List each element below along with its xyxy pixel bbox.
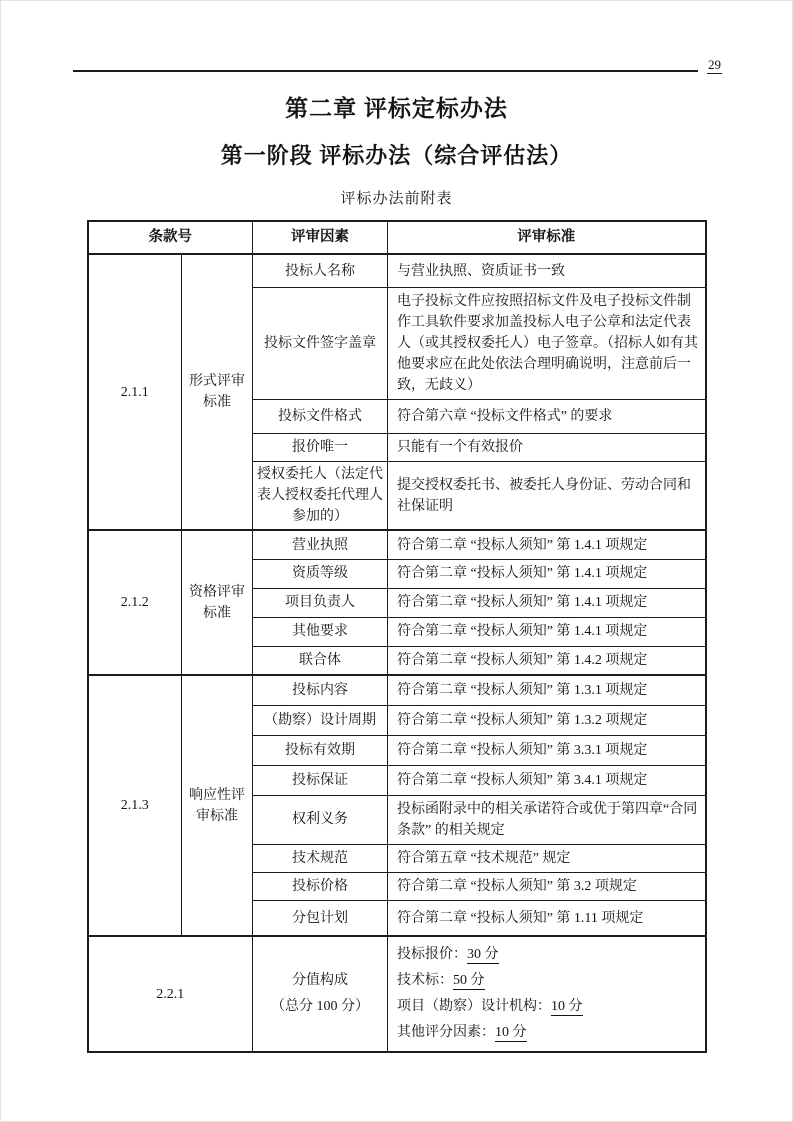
- table-caption: 评标办法前附表: [1, 187, 792, 208]
- factor-cell: 营业执照: [253, 530, 388, 559]
- category-cell: 形式评审标准: [182, 254, 253, 531]
- factor-cell: 技术规范: [253, 844, 388, 872]
- score-value: 30 分: [467, 947, 499, 964]
- factor-cell: 投标文件格式: [253, 400, 388, 434]
- factor-cell: 报价唯一: [253, 434, 388, 462]
- table-row: 2.2.1 分值构成 （总分 100 分） 投标报价：30 分 技术标：50 分…: [88, 936, 706, 1052]
- category-cell: 资格评审标准: [182, 530, 253, 675]
- header-rule: [73, 70, 698, 72]
- clause-cell: 2.2.1: [88, 936, 253, 1052]
- criteria-cell: 投标函附录中的相关承诺符合或优于第四章“合同条款” 的相关规定: [388, 795, 706, 844]
- factor-line: （总分 100 分）: [257, 994, 383, 1020]
- clause-cell: 2.1.2: [88, 530, 182, 675]
- table-row: 2.1.3 响应性评审标准 投标内容 符合第二章 “投标人须知” 第 1.3.1…: [88, 675, 706, 705]
- score-label: 其他评分因素：: [397, 1025, 495, 1040]
- criteria-cell: 只能有一个有效报价: [388, 434, 706, 462]
- factor-cell: 投标价格: [253, 872, 388, 900]
- factor-cell: （勘察）设计周期: [253, 705, 388, 735]
- table-row: 2.1.1 形式评审标准 投标人名称 与营业执照、资质证书一致: [88, 254, 706, 288]
- factor-cell: 授权委托人（法定代表人授权委托代理人参加的）: [253, 462, 388, 531]
- criteria-cell: 符合第二章 “投标人须知” 第 1.4.1 项规定: [388, 588, 706, 617]
- score-value: 50 分: [453, 973, 485, 990]
- criteria-cell: 与营业执照、资质证书一致: [388, 254, 706, 288]
- category-cell: 响应性评审标准: [182, 675, 253, 936]
- criteria-cell: 符合第二章 “投标人须知” 第 1.11 项规定: [388, 900, 706, 936]
- criteria-cell: 投标报价：30 分 技术标：50 分 项目（勘察）设计机构：10 分 其他评分因…: [388, 936, 706, 1052]
- criteria-cell: 符合第二章 “投标人须知” 第 1.4.1 项规定: [388, 617, 706, 646]
- score-line: 项目（勘察）设计机构：10 分: [397, 994, 699, 1020]
- col-header-clause: 条款号: [88, 221, 253, 254]
- page-header: 29: [73, 58, 722, 74]
- col-header-criteria: 评审标准: [388, 221, 706, 254]
- factor-cell: 分包计划: [253, 900, 388, 936]
- criteria-cell: 符合第二章 “投标人须知” 第 3.2 项规定: [388, 872, 706, 900]
- factor-cell: 资质等级: [253, 559, 388, 588]
- factor-cell: 权利义务: [253, 795, 388, 844]
- factor-cell: 投标人名称: [253, 254, 388, 288]
- score-line: 投标报价：30 分: [397, 942, 699, 968]
- chapter-title: 第二章 评标定标办法: [1, 90, 792, 123]
- clause-cell: 2.1.3: [88, 675, 182, 936]
- score-label: 投标报价：: [397, 947, 467, 962]
- criteria-cell: 符合第二章 “投标人须知” 第 1.4.1 项规定: [388, 559, 706, 588]
- criteria-cell: 符合第二章 “投标人须知” 第 1.3.2 项规定: [388, 705, 706, 735]
- criteria-cell: 符合第二章 “投标人须知” 第 1.3.1 项规定: [388, 675, 706, 705]
- score-value: 10 分: [551, 999, 583, 1016]
- page-number: 29: [707, 58, 722, 74]
- criteria-cell: 符合第二章 “投标人须知” 第 1.4.1 项规定: [388, 530, 706, 559]
- table-header-row: 条款号 评审因素 评审标准: [88, 221, 706, 254]
- criteria-cell: 电子投标文件应按照招标文件及电子投标文件制作工具软件要求加盖投标人电子公章和法定…: [388, 288, 706, 400]
- score-line: 其他评分因素：10 分: [397, 1020, 699, 1046]
- stage-title: 第一阶段 评标办法（综合评估法）: [1, 139, 792, 170]
- factor-cell: 投标内容: [253, 675, 388, 705]
- criteria-cell: 提交授权委托书、被委托人身份证、劳动合同和社保证明: [388, 462, 706, 531]
- criteria-cell: 符合第二章 “投标人须知” 第 3.4.1 项规定: [388, 765, 706, 795]
- criteria-cell: 符合第二章 “投标人须知” 第 1.4.2 项规定: [388, 646, 706, 675]
- factor-cell: 投标有效期: [253, 735, 388, 765]
- factor-cell: 投标保证: [253, 765, 388, 795]
- evaluation-table: 条款号 评审因素 评审标准 2.1.1 形式评审标准 投标人名称 与营业执照、资…: [87, 220, 707, 1054]
- criteria-cell: 符合第六章 “投标文件格式” 的要求: [388, 400, 706, 434]
- factor-line: 分值构成: [257, 968, 383, 994]
- factor-cell: 项目负责人: [253, 588, 388, 617]
- col-header-factor: 评审因素: [253, 221, 388, 254]
- table-row: 2.1.2 资格评审标准 营业执照 符合第二章 “投标人须知” 第 1.4.1 …: [88, 530, 706, 559]
- factor-cell: 其他要求: [253, 617, 388, 646]
- score-value: 10 分: [495, 1025, 527, 1042]
- criteria-cell: 符合第五章 “技术规范” 规定: [388, 844, 706, 872]
- score-label: 技术标：: [397, 973, 453, 988]
- factor-cell: 投标文件签字盖章: [253, 288, 388, 400]
- score-label: 项目（勘察）设计机构：: [397, 999, 551, 1014]
- document-page: 29 第二章 评标定标办法 第一阶段 评标办法（综合评估法） 评标办法前附表 条…: [0, 0, 793, 1122]
- score-line: 技术标：50 分: [397, 968, 699, 994]
- factor-cell: 分值构成 （总分 100 分）: [253, 936, 388, 1052]
- criteria-cell: 符合第二章 “投标人须知” 第 3.3.1 项规定: [388, 735, 706, 765]
- clause-cell: 2.1.1: [88, 254, 182, 531]
- factor-cell: 联合体: [253, 646, 388, 675]
